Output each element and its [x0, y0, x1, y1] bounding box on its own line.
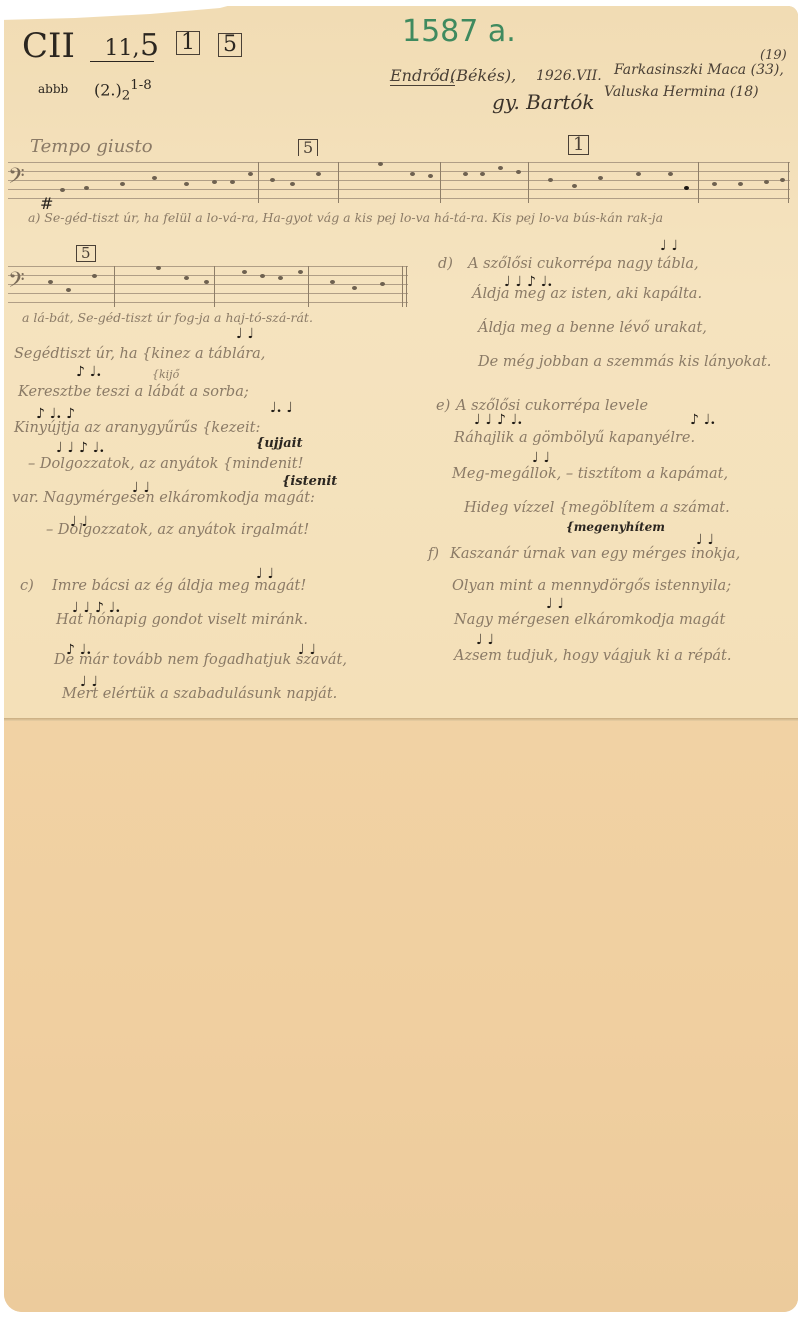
verse-b-line-1: Segédtiszt úr, ha {kinez a táblára, — [14, 346, 265, 362]
verse-f-label: f) — [428, 546, 439, 562]
verse-d-label: d) — [438, 256, 453, 272]
collector-name: gy. Bartók — [492, 90, 595, 114]
verse-d-line-3: Áldja meg a benne lévő urakat, — [478, 320, 707, 336]
lower-leaf-blank — [4, 721, 798, 1312]
rhythm-mark-icon: ♪ ♩. — [66, 642, 91, 658]
rhythm-mark-icon: ♩ ♩ — [132, 480, 150, 496]
box-mark-1: 1 — [176, 30, 200, 55]
music-staff-1: 𝄢 — [8, 162, 790, 202]
verse-e-variant: {megenyhítem — [566, 520, 665, 534]
verse-e-line-2: Ráhajlik a gömbölyű kapanyélre. — [454, 430, 695, 446]
verse-b-line-4: – Dolgozzatok, az anyátok {mindenit! — [28, 456, 303, 472]
clef-icon: 𝄢 — [8, 164, 25, 195]
box-mark-1-value: 1 — [176, 31, 200, 55]
verse-b-variant-1: {kijő — [152, 368, 179, 381]
place-name: Endrőd, — [390, 66, 455, 86]
verse-f-line-3: Nagy mérgesen elkáromkodja magát — [454, 612, 725, 628]
singer-1: Farkasinszki Maca (33), — [614, 62, 784, 78]
singer-2: Valuska Hermina (18) — [604, 84, 759, 100]
classification-mark: CII — [22, 26, 75, 66]
tempo-marking: Tempo giusto — [30, 136, 153, 157]
county-name: (Békés), — [450, 66, 516, 85]
collection-date: 1926.VII. — [536, 68, 602, 84]
rhythm-mark-icon: ♪ ♩. ♪ — [36, 406, 75, 422]
form-label: abbb — [38, 82, 68, 96]
rhythm-mark-icon: ♩ ♩ — [696, 532, 714, 548]
verse-f-line-1: Kaszanár úrnak van egy mérges inokja, — [450, 546, 740, 562]
verse-f-line-2: Olyan mint a mennydörgős istennyila; — [452, 578, 731, 594]
rhythm-mark-icon: ♩ ♩ — [546, 596, 564, 612]
verse-b-variant-3: {istenit — [282, 474, 337, 489]
page-ref: (19) — [760, 48, 787, 63]
rhythm-mark-icon: ♪ ♩. — [76, 364, 101, 380]
verse-c-label: c) — [20, 578, 34, 594]
fraction-bottom-value: (2.) — [94, 80, 122, 99]
verse-d-line-4: De még jobban a szemmás kis lányokat. — [478, 354, 771, 370]
clef-icon: 𝄢 — [8, 268, 25, 299]
rehearsal-mark-5b-value: 5 — [76, 245, 96, 262]
rhythm-mark-icon: ♩. ♩ — [270, 400, 293, 416]
rehearsal-mark-1-value: 1 — [568, 135, 589, 155]
verse-e-line-4: Hideg vízzel {megöblítem a számat. — [464, 500, 730, 516]
rehearsal-mark-5-value: 5 — [298, 139, 318, 156]
lyrics-line-1: a) Se-géd-tiszt úr, ha felül a lo-vá-ra,… — [28, 210, 663, 225]
verse-b-line-5: var. Nagymérgesen elkáromkodja magát: — [12, 490, 315, 506]
rhythm-mark-icon: ♩ ♩ — [236, 326, 254, 342]
rhythm-mark-icon: ♩ ♩ ♪ ♩. — [72, 600, 120, 616]
rhythm-mark-icon: ♪ ♩. — [690, 412, 715, 428]
box-mark-2: 5 — [218, 32, 242, 57]
rehearsal-mark-5b: 5 — [76, 244, 96, 262]
catalog-number: 1587 a. — [402, 14, 516, 49]
rhythm-mark-icon: ♩ ♩ — [80, 674, 98, 690]
rhythm-mark-icon: ♩ ♩ ♪ ♩. — [504, 274, 552, 290]
rhythm-mark-icon: ♩ ♩ — [298, 642, 316, 658]
verse-f-line-4: Azsem tudjuk, hogy vágjuk ki a répát. — [454, 648, 731, 664]
fraction-bottom: (2.)21-8 — [94, 78, 152, 104]
rehearsal-mark-5: 5 — [298, 138, 318, 157]
fraction-subscript: 2 — [122, 89, 130, 104]
music-staff-2: 𝄢 — [8, 266, 408, 306]
verse-e-label: e) — [436, 398, 450, 414]
section-number: 5 — [140, 28, 159, 63]
verse-e-line-3: Meg-megállok, – tisztítom a kapámat, — [452, 466, 728, 482]
verse-b-variant-2: {ujjait — [256, 436, 303, 451]
verse-d-line-1: A szőlősi cukorrépa nagy tábla, — [468, 256, 699, 272]
range-value: 1-8 — [130, 78, 151, 93]
verse-b-line-3: Kinyújtja az aranygyűrűs {kezeit: — [14, 420, 260, 436]
rhythm-mark-icon: ♩ ♩ — [532, 450, 550, 466]
rhythm-mark-icon: ♩ ♩ ♪ ♩. — [474, 412, 522, 428]
verse-c-line-4: Mert elértük a szabadulásunk napját. — [62, 686, 337, 702]
box-mark-2-value: 5 — [218, 33, 242, 57]
rhythm-mark-icon: ♩ ♩ — [660, 238, 678, 254]
verse-b-line-2: Keresztbe teszi a lábát a sorba; — [18, 384, 249, 400]
rehearsal-mark-1: 1 — [568, 134, 589, 155]
lyrics-line-2: a lá-bát, Se-géd-tiszt úr fog-ja a haj-t… — [22, 310, 313, 325]
rhythm-mark-icon: ♩ ♩ ♪ ♩. — [56, 440, 104, 456]
rhythm-mark-icon: ♩ ♩ — [256, 566, 274, 582]
rhythm-mark-icon: ♩ ♩ — [476, 632, 494, 648]
rhythm-mark-icon: ♩ ♩ — [70, 514, 88, 530]
